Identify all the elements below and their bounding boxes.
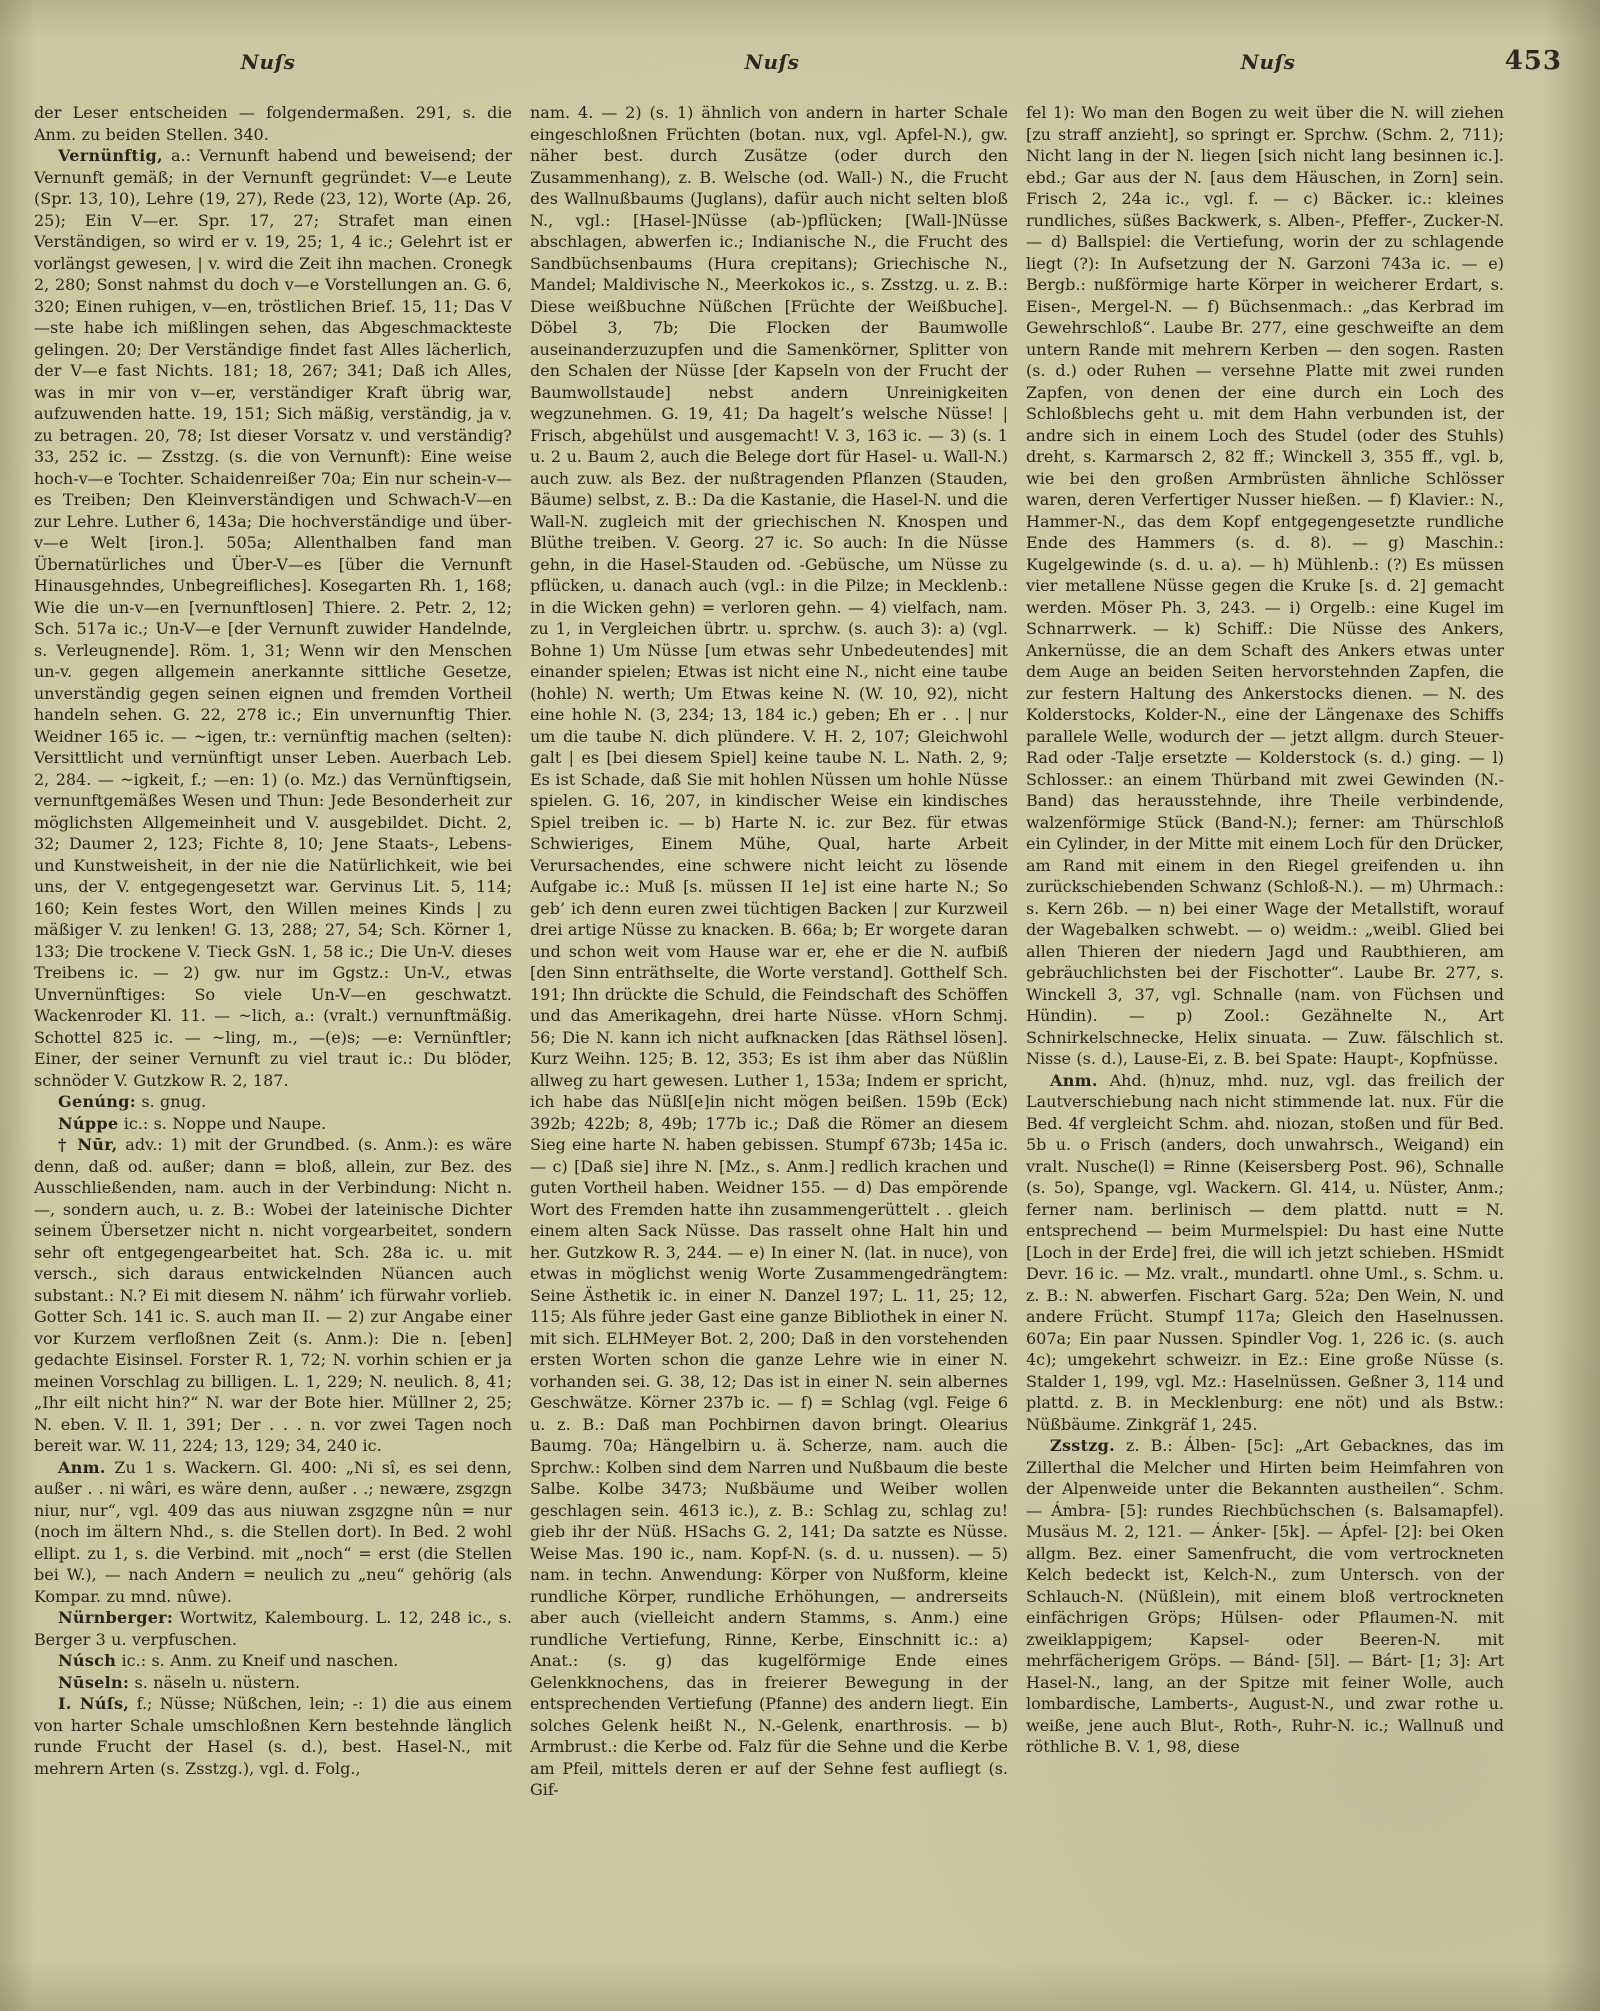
- running-title-column-2: Nuſs: [745, 50, 800, 74]
- book-page: Nuſs Nuſs Nuſs 453 der Leser entscheiden…: [0, 0, 1600, 2011]
- paragraph: fel 1): Wo man den Bogen zu weit über di…: [1026, 102, 1504, 1070]
- headword: † Nūr,: [58, 1135, 118, 1154]
- paragraph: † Nūr, adv.: 1) mit der Grundbed. (s. An…: [34, 1134, 512, 1457]
- paragraph: Anm. Ahd. (h)nuz, mhd. nuz, vgl. das fre…: [1026, 1070, 1504, 1436]
- paragraph: Vernünftig, a.: Vernunft habend und bewe…: [34, 145, 512, 1091]
- headword: Núsch: [58, 1651, 116, 1670]
- running-head: Nuſs Nuſs Nuſs 453: [0, 50, 1600, 84]
- headword: Nūseln:: [58, 1673, 129, 1692]
- running-title-column-3: Nuſs: [1241, 50, 1296, 74]
- paragraph: nam. 4. — 2) (s. 1) ähnlich von andern i…: [530, 102, 1008, 1801]
- headword: Anm.: [58, 1458, 106, 1477]
- text-block: der Leser entscheiden — folgendermaßen. …: [34, 102, 1504, 1917]
- paragraph: Genúng: s. gnug.: [34, 1091, 512, 1113]
- headword: Nürnberger:: [58, 1608, 173, 1627]
- headword: Genúng:: [58, 1092, 136, 1111]
- paragraph: Núppe ic.: s. Noppe und Naupe.: [34, 1113, 512, 1135]
- paragraph: I. Núſs, f.; Nüsse; Nüßchen, lein; -: 1)…: [34, 1693, 512, 1779]
- page-number: 453: [1505, 46, 1562, 76]
- text-column-1: der Leser entscheiden — folgendermaßen. …: [34, 102, 512, 1917]
- text-column-2: nam. 4. — 2) (s. 1) ähnlich von andern i…: [530, 102, 1008, 1917]
- paragraph: Núsch ic.: s. Anm. zu Kneif und naschen.: [34, 1650, 512, 1672]
- paragraph: Zsstzg. z. B.: Álben- [5c]: „Art Gebackn…: [1026, 1435, 1504, 1758]
- headword: Zsstzg.: [1050, 1436, 1115, 1455]
- headword: Anm.: [1050, 1071, 1098, 1090]
- paragraph: der Leser entscheiden — folgendermaßen. …: [34, 102, 512, 145]
- paragraph: Nürnberger: Wortwitz, Kalembourg. L. 12,…: [34, 1607, 512, 1650]
- paragraph: Anm. Zu 1 s. Wackern. Gl. 400: „Ni sî, e…: [34, 1457, 512, 1608]
- headword: Vernünftig,: [58, 146, 163, 165]
- headword: Núppe: [58, 1114, 118, 1133]
- paragraph: Nūseln: s. näseln u. nüstern.: [34, 1672, 512, 1694]
- headword: I. Núſs,: [58, 1694, 129, 1713]
- running-title-column-1: Nuſs: [241, 50, 296, 74]
- text-column-3: fel 1): Wo man den Bogen zu weit über di…: [1026, 102, 1504, 1917]
